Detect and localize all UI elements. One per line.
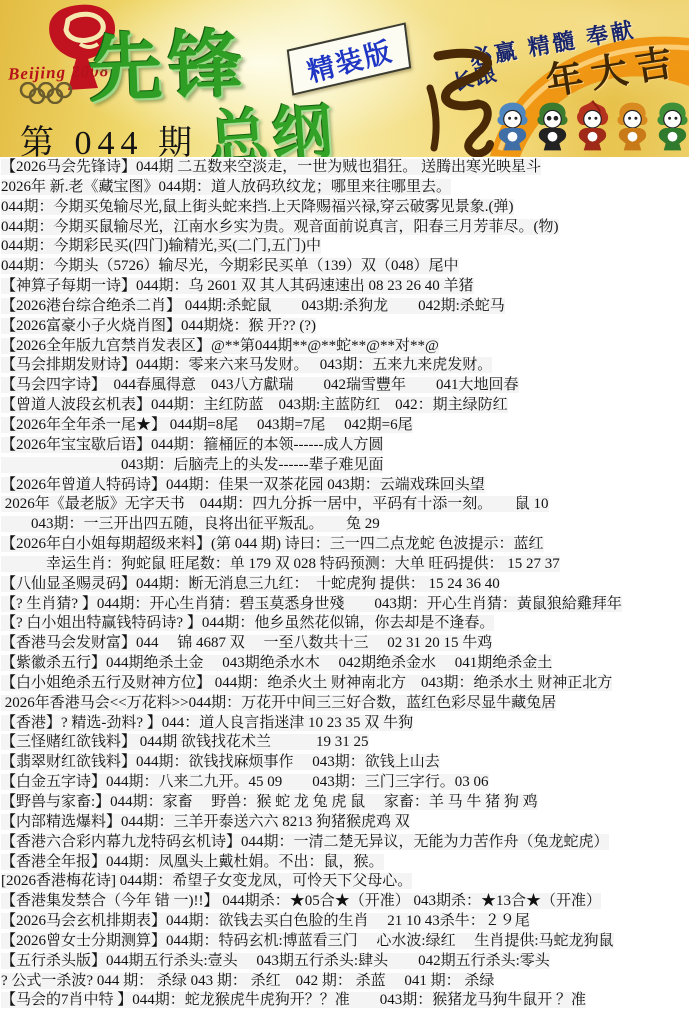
report-line: [2026香港梅花诗] 044期：希望子女变龙凤，可怜天下父母心。 (1, 872, 689, 892)
report-line: 【马会四字诗】 044春風得意 043八方獻瑞 042瑞雪豐年 041大地回春 (1, 376, 689, 396)
report-line: 【神算子每期一诗】044期：乌 2601 双 其人其码速速出 08 23 26 … (1, 277, 689, 297)
report-line: 【2026年宝宝歇后语】044期：箍桶匠的本领------成人方圆 (1, 436, 689, 456)
report-line: 【2026马会玄机排期表】044期：欲钱去买白色脸的生肖 21 10 43杀牛：… (1, 912, 689, 932)
tip-sheet-body: 【2026马会先锋诗】044期 二五数来空淡走，一世为贼也猖狂。 送腾出寒光映星… (0, 157, 689, 1011)
report-line: 【香港全年报】044期：凤凰头上戴杜娟。不出：鼠，猴。 (1, 853, 689, 873)
report-line: 【五行杀头版】044期五行杀头:壹头 043期五行杀头:肆头 042期五行杀头:… (1, 952, 689, 972)
report-line: 【马会的7肖中特 】044期：蛇龙猴虎牛虎狗开？？准 043期：猴猪龙马狗牛鼠开… (1, 991, 689, 1011)
fuwa-mascot-flame-icon (574, 100, 611, 154)
report-line: 044期：今期买兔输尽光,鼠上街头蛇来挡.上天降赐福兴禄,穿云破雾见景象.(弹) (1, 198, 689, 218)
masthead: Beijing 2008 先锋 总纲 第 044 期 精装版 必赢 精髓 奉献 … (0, 0, 689, 157)
report-line: 【曾道人波段玄机表】044期：主红防蓝 043期:主蓝防红 042：期主绿防红 (1, 396, 689, 416)
fuwa-mascot-panda-icon (534, 100, 571, 154)
issue-number-label: 第 044 期 (20, 115, 198, 157)
report-line: 【2026全年版九宫禁肖发表区】@**第044期**@**蛇**@**对**@ (1, 337, 689, 357)
report-line: 2026年 新.老《藏宝图》044期：道人放码玖纹龙；哪里来往哪里去。 (1, 178, 689, 198)
report-line: 幸运生肖：狗蛇鼠 旺尾数：单 179 双 028 特码预测：大单 旺码提供： 1… (1, 555, 689, 575)
report-line: 【2026港台综合绝杀二肖】 044期:杀蛇鼠 043期:杀狗龙 042期:杀蛇… (1, 297, 689, 317)
report-line: 【香港集发禁合（今年 错 一)!!】 044期杀：★05合★（开准） 043期杀… (1, 892, 689, 912)
report-line: 044期：今期头（5726）输尽光，今期彩民买单（139）双（048）尾中 (1, 257, 689, 277)
fuwa-mascot-orange-icon (614, 100, 651, 154)
report-line: 【白小姐绝杀五行及财神方位】 044期：绝杀火土 财神南北方 043期：绝杀水土… (1, 674, 689, 694)
report-line: 【2026年曾道人特码诗】044期：佳果一双茶花园 043期：云端戏珠回头望 (1, 476, 689, 496)
report-line: 2026年香港马会<<万花料>>044期：万花开中间三三好合数，蓝红色彩尽显牛藏… (1, 694, 689, 714)
fuwa-mascot-green-icon (654, 100, 689, 154)
report-line: 【? 生肖猜? 】044期：开心生肖猜：碧玉莫悉身世殘 043期：开心生肖猜：黃… (1, 595, 689, 615)
report-line: 【翡翠财红欲钱料】044期：欲钱找麻烦事作 043期：欲钱上山去 (1, 753, 689, 773)
report-line: 【2026年全年杀一尾★】 044期=8尾 043期=7尾 042期=6尾 (1, 416, 689, 436)
report-line: 044期：今期买鼠输尽光，江南水乡实为贵。观音面前说真言，阳春三月芳菲尽。(物) (1, 218, 689, 238)
report-line: 【白金五字诗】044期：八来二九开。45 09 043期：三门三字行。03 06 (1, 773, 689, 793)
report-line: 【香港】? 精选-劲料? 】044：道人良言指迷津 10 23 35 双 牛狗 (1, 714, 689, 734)
report-line: 044期：今期彩民买(四门)输精光,买(二门,五门)中 (1, 237, 689, 257)
edition-badge: 精装版 (287, 22, 412, 95)
report-line: 043期：一三开出四五随，良将出征平叛乱。 兔 29 (1, 515, 689, 535)
report-line: 【香港马会发财富】044 锦 4687 双 一至八数共十三 02 31 20 1… (1, 634, 689, 654)
report-line: 【? 白小姐出特赢钱特码诗? 】044期：他乡虽然花似锦，你去却是不逢春。 (1, 614, 689, 634)
report-line: 【紫徽杀五行】044期绝杀土金 043期绝杀水木 042期绝杀金水 041期绝杀… (1, 654, 689, 674)
report-line: 2026年《最老版》无字天书 044期：四九分拆一居中，平码有十添一刻。 鼠 1… (1, 495, 689, 515)
fuwa-mascots (494, 100, 689, 154)
report-line: 【野兽与家畜:】044期：家畜 野兽：猴 蛇 龙 兔 虎 鼠 家畜：羊 马 牛 … (1, 793, 689, 813)
report-line: 【2026马会先锋诗】044期 二五数来空淡走，一世为贼也猖狂。 送腾出寒光映星… (1, 158, 689, 178)
report-line: 【2026曾女士分期测算】044期：特码玄机:博蓝看三门 心水波:绿红 生肖提供… (1, 932, 689, 952)
report-line: 【2026年白小姐每期超级来料】(第 044 期) 诗曰：三一四二点龙蛇 色波提… (1, 535, 689, 555)
fuwa-mascot-blue-icon (494, 100, 531, 154)
report-line: 【八仙显圣赐灵码】044期：断无消息三九红： 十蛇虎狗 提供： 15 24 36… (1, 575, 689, 595)
report-line: 【香港六合彩内幕九龙特码玄机诗】044期：一清二楚无异议，无能为力苦作舟（兔龙蛇… (1, 833, 689, 853)
edition-badge-label: 精装版 (302, 29, 396, 89)
report-line: 【三怪赌红欲钱料】 044期 欲钱找花术兰 19 31 25 (1, 733, 689, 753)
report-line: 【内部精选爆料】044期：三羊开泰送六六 8213 狗猪猴虎鸡 双 (1, 813, 689, 833)
lottery-tip-sheet: Beijing 2008 先锋 总纲 第 044 期 精装版 必赢 精髓 奉献 … (0, 0, 689, 1017)
report-line: 【马会排期发财诗】044期：零来六来马发财。 043期：五来九来虎发财。 (1, 356, 689, 376)
masthead-title-sub: 总纲 (205, 84, 339, 157)
report-line: 043期：后脑壳上的头发------辈子难见面 (1, 456, 689, 476)
report-line: ? 公式一杀波? 044 期： 杀绿 043 期： 杀红 042 期： 杀蓝 0… (1, 972, 689, 992)
report-line: 【2026富豪小子火烧肖图】044期烧：猴 开?? (?) (1, 317, 689, 337)
